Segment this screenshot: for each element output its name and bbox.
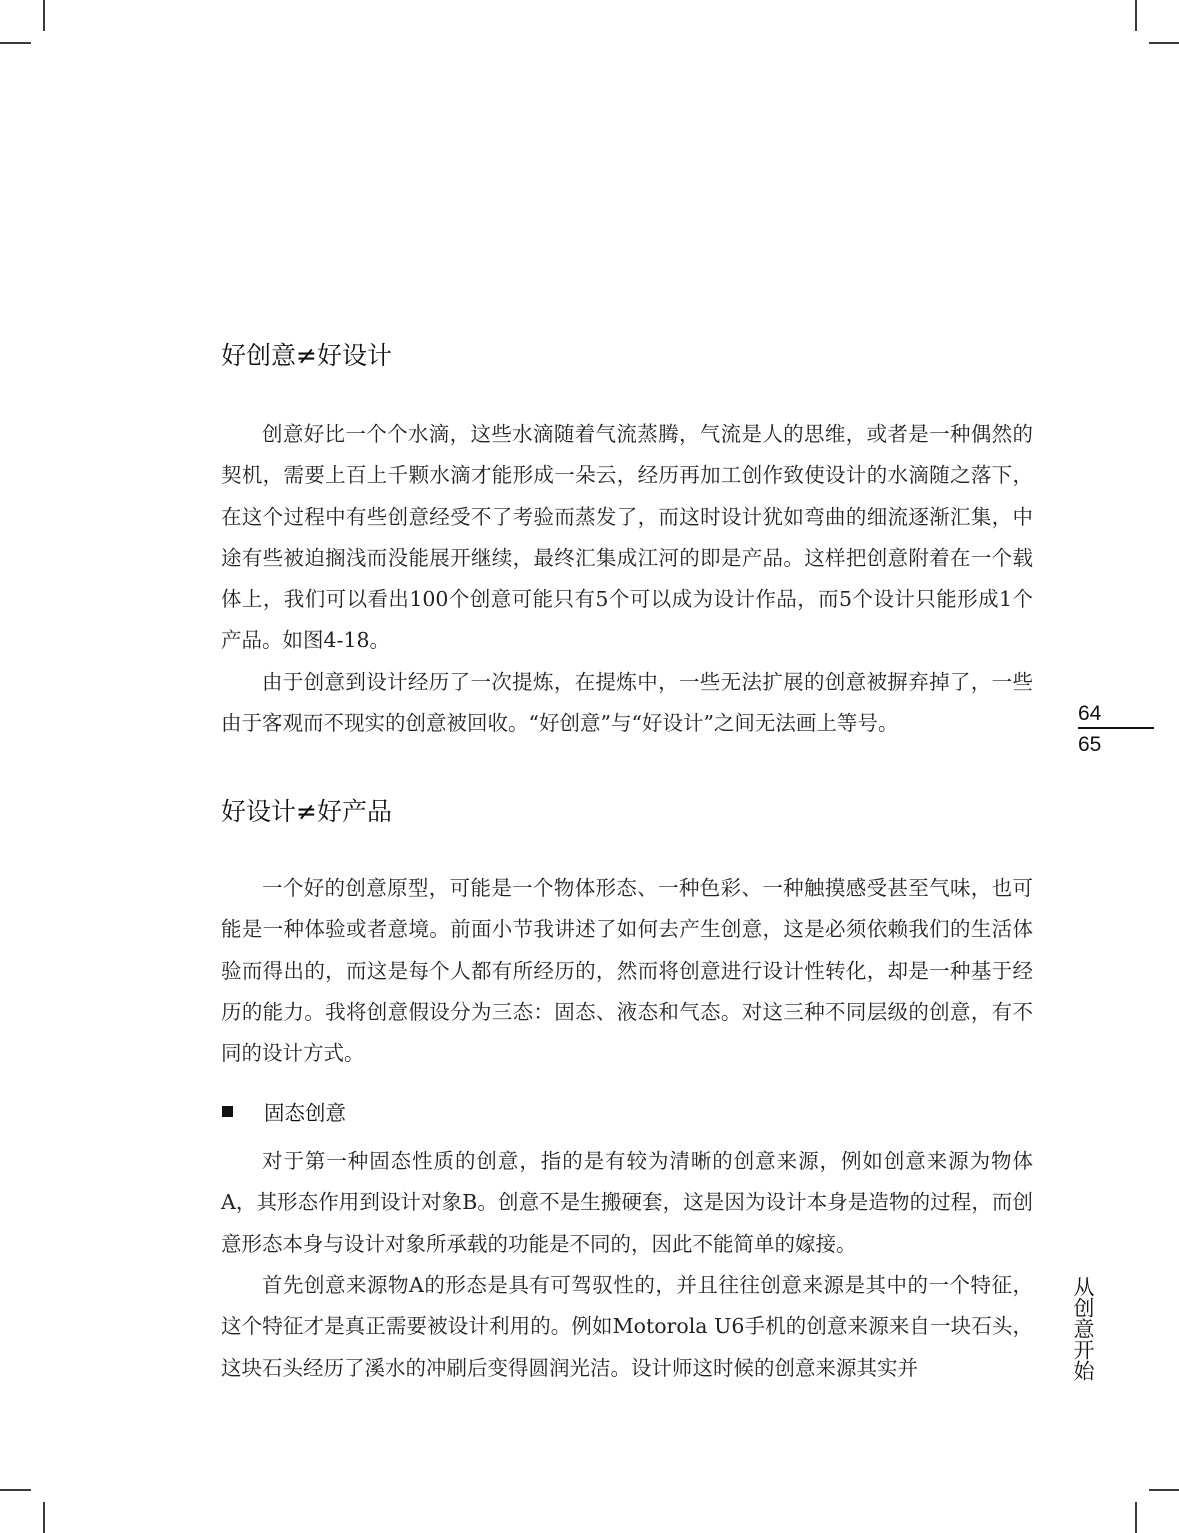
- crop-mark-bottom-left-vertical: [43, 1502, 45, 1533]
- page-number-left: 64: [1078, 702, 1101, 726]
- body-paragraph: 创意好比一个个水滴，这些水滴随着气流蒸腾，气流是人的思维，或者是一种偶然的契机，…: [221, 414, 1033, 662]
- crop-mark-top-left-vertical: [43, 0, 45, 31]
- crop-mark-bottom-right-vertical: [1135, 1502, 1137, 1533]
- running-chapter-title: 从创意开始: [1070, 1276, 1094, 1381]
- body-paragraph: 由于创意到设计经历了一次提炼，在提炼中，一些无法扩展的创意被摒弃掉了，一些由于客…: [221, 662, 1033, 745]
- section-heading-good-idea-not-good-design: 好创意≠好设计: [221, 336, 392, 372]
- body-paragraph: 首先创意来源物A的形态是具有可驾驭性的，并且往往创意来源是其中的一个特征，这个特…: [221, 1265, 1033, 1389]
- page-number-right: 65: [1078, 733, 1101, 757]
- crop-mark-top-right-vertical: [1135, 0, 1137, 31]
- body-paragraph: 一个好的创意原型，可能是一个物体形态、一种色彩、一种触摸感受甚至气味，也可能是一…: [221, 868, 1033, 1074]
- subsection-title: 固态创意: [264, 1096, 346, 1126]
- crop-mark-top-left-horizontal: [0, 42, 31, 44]
- crop-mark-bottom-left-horizontal: [0, 1489, 31, 1491]
- square-bullet-icon: [222, 1106, 233, 1117]
- folio-divider: [1078, 727, 1154, 729]
- crop-mark-top-right-horizontal: [1149, 42, 1179, 44]
- body-paragraph: 对于第一种固态性质的创意，指的是有较为清晰的创意来源，例如创意来源为物体A，其形…: [221, 1141, 1033, 1265]
- subsection-heading: 固态创意: [222, 1096, 346, 1126]
- section-heading-good-design-not-good-product: 好设计≠好产品: [221, 792, 392, 828]
- crop-mark-bottom-right-horizontal: [1149, 1489, 1179, 1491]
